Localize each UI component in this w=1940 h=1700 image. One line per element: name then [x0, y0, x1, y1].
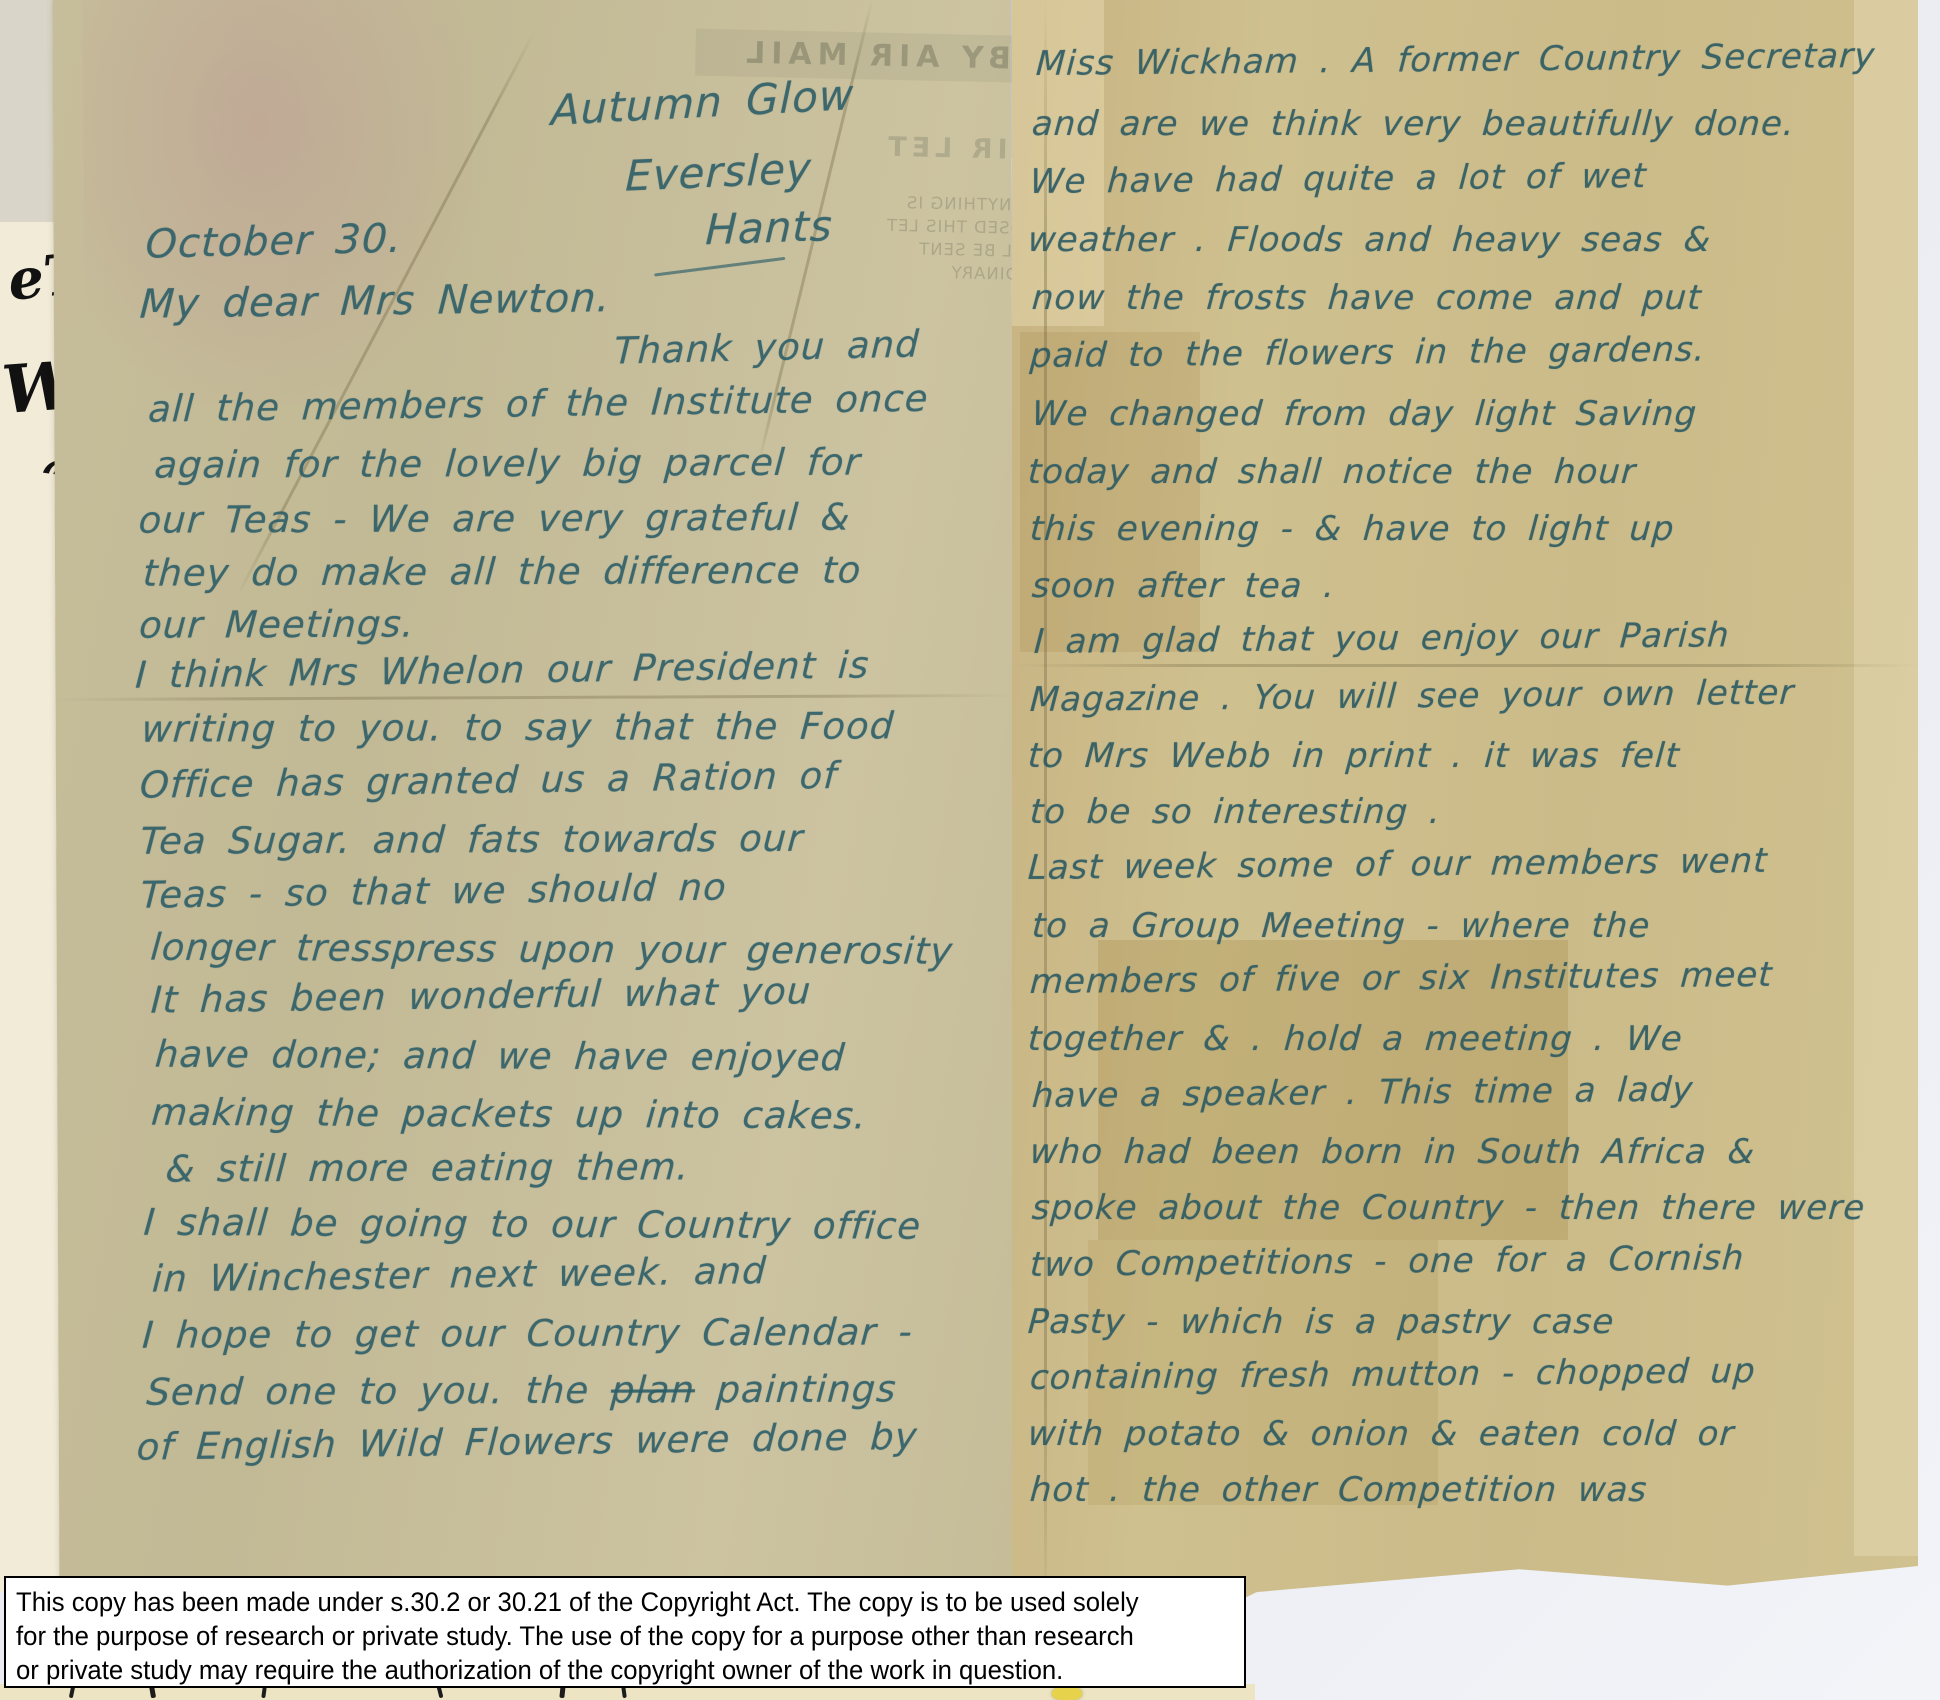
handwritten-line: containing fresh mutton - chopped up [1029, 1351, 1757, 1398]
handwritten-line: Magazine . You will see your own letter [1029, 673, 1796, 720]
handwritten-line: members of five or six Institutes meet [1029, 955, 1774, 1002]
handwritten-line: to be so interesting . [1029, 792, 1443, 832]
handwritten-line: this evening - & have to light up [1029, 509, 1676, 549]
handwritten-line: Last week some of our members went [1027, 841, 1769, 888]
handwritten-line: I hope to get our Country Calendar - [141, 1310, 914, 1356]
handwritten-line: of English Wild Flowers were done by [136, 1415, 919, 1469]
handwritten-line: and are we think very beautifully done. [1031, 104, 1797, 144]
handwritten-line: with potato & onion & eaten cold or [1027, 1414, 1736, 1454]
handwritten-line: to Mrs Webb in print . it was felt [1027, 736, 1682, 776]
handwritten-line: My dear Mrs Newton. [139, 275, 612, 328]
copyright-line: for the purpose of research or private s… [16, 1619, 1197, 1653]
handwritten-line: to a Group Meeting - where the [1031, 906, 1652, 946]
handwritten-line: paid to the flowers in the gardens. [1029, 330, 1707, 377]
handwritten-line: spoke about the Country - then there wer… [1031, 1188, 1867, 1228]
handwritten-line: Thank you and [613, 322, 921, 372]
handwritten-line: Pasty - which is a pastry case [1027, 1302, 1616, 1342]
handwritten-line: today and shall notice the hour [1027, 452, 1638, 492]
handwritten-line: have a speaker . This time a lady [1031, 1070, 1695, 1116]
handwritten-line: Office has granted us a Ration of [139, 754, 839, 807]
handwritten-line: longer tresspress upon your generosity [149, 926, 955, 973]
handwritten-line: October 30. [145, 216, 403, 268]
handwritten-line: making the packets up into cakes. [150, 1091, 869, 1138]
handwritten-line: Teas - so that we should no [139, 866, 728, 917]
handwritten-line: It has been wonderful what you [150, 969, 813, 1021]
show-through-print: BY AIR MAIL AIR LET IF ANYTHING IS CLOSE… [691, 29, 1056, 287]
handwritten-line: again for the lovely big parcel for [153, 441, 862, 487]
handwritten-line: writing to you. to say that the Food [140, 704, 895, 750]
handwritten-line: & still more eating them. [164, 1145, 691, 1190]
handwritten-line: Miss Wickham . A former Country Secretar… [1035, 36, 1877, 84]
letter-left-page: BY AIR MAIL AIR LET IF ANYTHING IS CLOSE… [53, 0, 1018, 1584]
handwritten-line: soon after tea . [1031, 566, 1337, 606]
handwritten-line: weather . Floods and heavy seas & [1027, 220, 1713, 260]
pink-stain [82, 0, 474, 406]
copyright-line: This copy has been made under s.30.2 or … [16, 1585, 1197, 1619]
air-letter-print: AIR LET [693, 128, 1054, 167]
handwritten-line: We changed from day light Saving [1031, 394, 1699, 434]
struck-through-word: plan [610, 1368, 697, 1411]
copyright-notice: This copy has been made under s.30.2 or … [4, 1576, 1246, 1688]
handwritten-line: they do make all the difference to [142, 549, 863, 595]
copyright-line: or private study may require the authori… [16, 1653, 1197, 1687]
handwritten-line: our Meetings. [138, 603, 416, 647]
handwritten-line: who had been born in South Africa & [1029, 1132, 1757, 1172]
handwritten-line: now the frosts have come and put [1031, 278, 1704, 318]
tape-patch [1854, 0, 1918, 1556]
handwritten-line: I am glad that you enjoy our Parish [1033, 615, 1731, 662]
handwritten-line: hot . the other Competition was [1029, 1470, 1649, 1510]
handwritten-line: together & . hold a meeting . We [1027, 1019, 1685, 1059]
handwritten-line: in Winchester next week. and [151, 1249, 768, 1301]
handwritten-line: I think Mrs Whelon our President is [134, 643, 870, 696]
handwritten-line: two Competitions - one for a Cornish [1029, 1238, 1746, 1285]
yellow-flower-fragment [1052, 1686, 1082, 1700]
handwritten-line: Tea Sugar. and fats towards our [139, 817, 805, 863]
crease-line [1012, 664, 1918, 667]
handwritten-line: We have had quite a lot of wet [1029, 156, 1648, 202]
handwritten-line: have done; and we have enjoyed [154, 1033, 847, 1080]
handwritten-line: I shall be going to our Country office [142, 1201, 923, 1248]
handwritten-line: Send one to you. the plan paintings [145, 1367, 898, 1413]
enclosure-print: IF ANYTHING IS CLOSED THIS LET WILL BE S… [691, 187, 1047, 287]
letter-right-page: Miss Wickham . A former Country Secretar… [1012, 0, 1918, 1628]
by-air-mail-print: BY AIR MAIL [695, 29, 1056, 84]
letter-scan: eTTW.“& BY AIR MAIL AIR LET IF ANYTHING … [0, 0, 1940, 1700]
handwritten-line: our Teas - We are very grateful & [137, 496, 852, 542]
